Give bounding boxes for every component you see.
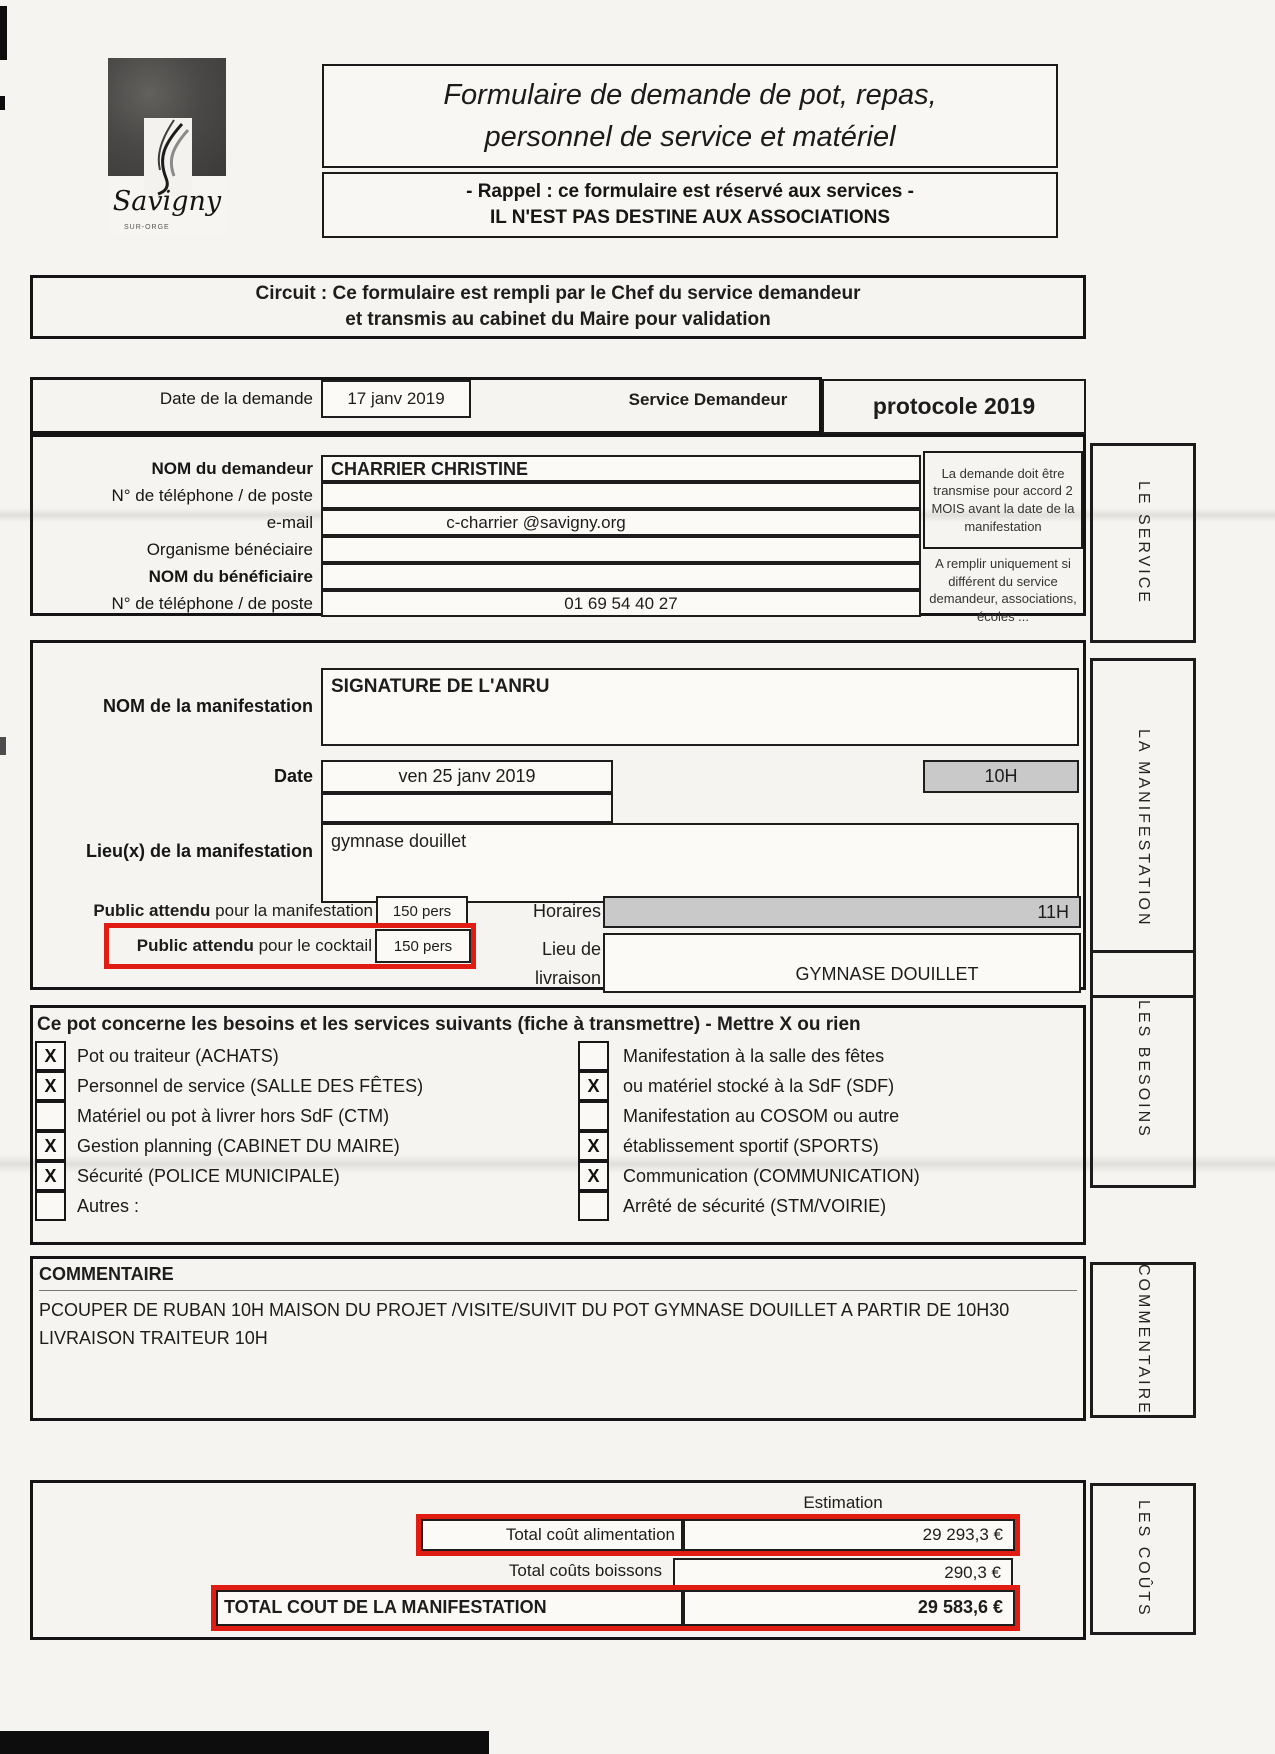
field-label-email: e-mail — [33, 509, 317, 536]
couts-section: Estimation Total coût alimentation 29 29… — [30, 1480, 1086, 1640]
logo-wordmark: Savigny — [112, 186, 222, 217]
label-materiel-sdf: ou matériel stocké à la SdF (SDF) — [623, 1071, 894, 1101]
service-section: NOM du demandeur CHARRIER CHRISTINE N° d… — [30, 434, 1086, 616]
logo-subtitle: SUR-ORGE — [124, 224, 170, 231]
total-alimentation-label: Total coût alimentation — [421, 1519, 683, 1551]
checkbox-materiel-ctm — [35, 1101, 66, 1131]
label-pot-traiteur: Pot ou traiteur (ACHATS) — [77, 1041, 279, 1071]
commentaire-text: PCOUPER DE RUBAN 10H MAISON DU PROJET /V… — [39, 1297, 1051, 1353]
label-cosom: Manifestation au COSOM ou autre — [623, 1101, 899, 1131]
side-label-les-couts: LES COÛTS — [1090, 1483, 1196, 1635]
public-manifestation-label: Public attendu pour la manifestation — [33, 896, 373, 926]
note-delai-accord: La demande doit être transmise pour acco… — [923, 451, 1083, 549]
field-label-telephone-demandeur: N° de téléphone / de poste — [33, 482, 317, 509]
total-manifestation-label: TOTAL COUT DE LA MANIFESTATION — [216, 1590, 683, 1626]
label-materiel-ctm: Matériel ou pot à livrer hors SdF (CTM) — [77, 1101, 389, 1131]
checkbox-personnel-service: X — [35, 1071, 66, 1101]
manifestation-date-empty-cell — [321, 793, 613, 823]
protocole-box: protocole 2019 — [822, 379, 1086, 434]
label-gestion-planning: Gestion planning (CABINET DU MAIRE) — [77, 1131, 400, 1161]
form-title-line2: personnel de service et matériel — [484, 116, 895, 158]
total-manifestation-value: 29 583,6 € — [683, 1590, 1015, 1626]
manifestation-date-label: Date — [33, 760, 317, 793]
horaires-label: Horaires — [473, 896, 601, 926]
commentaire-title: COMMENTAIRE — [39, 1264, 1077, 1291]
scan-artifact-left-mid — [0, 737, 6, 755]
besoins-section: Ce pot concerne les besoins et les servi… — [30, 1005, 1086, 1245]
side-label-le-service: LE SERVICE — [1090, 443, 1196, 643]
savigny-logo: Savigny SUR-ORGE — [108, 58, 226, 236]
total-boissons-value: 290,3 € — [673, 1558, 1013, 1588]
public-manifestation-value: 150 pers — [376, 896, 468, 926]
request-date-value: 17 janv 2019 — [321, 380, 471, 418]
logo-swoosh-icon — [144, 118, 192, 196]
total-manifestation-highlight-box: TOTAL COUT DE LA MANIFESTATION 29 583,6 … — [211, 1585, 1020, 1631]
field-value-nom-demandeur: CHARRIER CHRISTINE — [321, 455, 921, 482]
public-cocktail-highlight-box: Public attendu pour le cocktail 150 pers — [104, 923, 476, 969]
total-boissons-label: Total coûts boissons — [333, 1561, 668, 1581]
field-label-organisme: Organisme bénéciaire — [33, 536, 317, 563]
estimation-header: Estimation — [673, 1493, 1013, 1513]
circuit-line1: Circuit : Ce formulaire est rempli par l… — [255, 281, 860, 307]
rappel-box: - Rappel : ce formulaire est réservé aux… — [322, 172, 1058, 238]
checkbox-pot-traiteur: X — [35, 1041, 66, 1071]
note-beneficiaire: A remplir uniquement si différent du ser… — [921, 555, 1085, 617]
request-date-row: Date de la demande 17 janv 2019 Service … — [30, 377, 822, 434]
lieu-livraison-value: GYMNASE DOUILLET — [603, 933, 1081, 993]
field-value-email: c-charrier @savigny.org — [321, 509, 921, 536]
field-value-nom-beneficiaire — [321, 563, 921, 590]
checkbox-salle-des-fetes — [578, 1041, 609, 1071]
form-title-box: Formulaire de demande de pot, repas, per… — [322, 64, 1058, 168]
label-salle-des-fetes: Manifestation à la salle des fêtes — [623, 1041, 884, 1071]
circuit-box: Circuit : Ce formulaire est rempli par l… — [30, 275, 1086, 339]
total-alimentation-value: 29 293,3 € — [683, 1519, 1015, 1551]
scan-artifact-bottom-bar — [0, 1731, 489, 1754]
label-arrete-securite: Arrêté de sécurité (STM/VOIRIE) — [623, 1191, 886, 1221]
label-autres: Autres : — [77, 1191, 139, 1221]
label-etablissement-sportif: établissement sportif (SPORTS) — [623, 1131, 879, 1161]
besoins-header: Ce pot concerne les besoins et les servi… — [37, 1014, 1077, 1036]
field-label-nom-demandeur: NOM du demandeur — [33, 455, 317, 482]
circuit-line2: et transmis au cabinet du Maire pour val… — [345, 307, 770, 333]
field-label-nom-beneficiaire: NOM du bénéficiaire — [33, 563, 317, 590]
label-securite: Sécurité (POLICE MUNICIPALE) — [77, 1161, 340, 1191]
checkbox-materiel-sdf: X — [578, 1071, 609, 1101]
scanned-form-page: Savigny SUR-ORGE Formulaire de demande d… — [0, 0, 1275, 1754]
manifestation-nom-label: NOM de la manifestation — [33, 693, 317, 720]
field-label-telephone-beneficiaire: N° de téléphone / de poste — [33, 590, 317, 617]
checkbox-communication: X — [578, 1161, 609, 1191]
manifestation-start-time-cell: 10H — [923, 760, 1079, 793]
scan-artifact-left — [0, 96, 5, 110]
form-title-line1: Formulaire de demande de pot, repas, — [443, 74, 936, 116]
checkbox-arrete-securite — [578, 1191, 609, 1221]
manifestation-lieu-label: Lieu(x) de la manifestation — [33, 838, 317, 865]
service-demandeur-label: Service Demandeur — [593, 390, 823, 410]
lieu-livraison-label: Lieu de livraison — [473, 935, 601, 993]
horaires-end-time-cell: 11H — [603, 896, 1081, 928]
commentaire-section: COMMENTAIRE PCOUPER DE RUBAN 10H MAISON … — [30, 1256, 1086, 1421]
checkbox-cosom — [578, 1101, 609, 1131]
field-value-organisme — [321, 536, 921, 563]
field-value-telephone-beneficiaire: 01 69 54 40 27 — [321, 590, 921, 617]
manifestation-nom-value: SIGNATURE DE L'ANRU — [321, 668, 1079, 746]
rappel-line1: - Rappel : ce formulaire est réservé aux… — [466, 179, 914, 205]
checkbox-etablissement-sportif: X — [578, 1131, 609, 1161]
request-date-label: Date de la demande — [33, 380, 317, 418]
scan-artifact-left-top — [0, 6, 7, 60]
total-alimentation-highlight-box: Total coût alimentation 29 293,3 € — [416, 1514, 1020, 1556]
manifestation-section: NOM de la manifestation SIGNATURE DE L'A… — [30, 640, 1086, 990]
manifestation-date-value: ven 25 janv 2019 — [321, 760, 613, 793]
field-value-telephone-demandeur — [321, 482, 921, 509]
side-label-la-manifestation: LA MANIFESTATION — [1090, 658, 1196, 998]
side-label-les-besoins: LES BESOINS — [1090, 950, 1196, 1188]
label-personnel-service: Personnel de service (SALLE DES FÊTES) — [77, 1071, 423, 1101]
checkbox-securite: X — [35, 1161, 66, 1191]
public-cocktail-label: Public attendu pour le cocktail — [109, 936, 375, 956]
checkbox-gestion-planning: X — [35, 1131, 66, 1161]
side-label-commentaire: COMMENTAIRE — [1090, 1262, 1196, 1418]
rappel-line2: IL N'EST PAS DESTINE AUX ASSOCIATIONS — [490, 205, 890, 231]
manifestation-lieu-value: gymnase douillet — [321, 823, 1079, 903]
label-communication: Communication (COMMUNICATION) — [623, 1161, 920, 1191]
logo-emblem — [144, 118, 192, 196]
public-cocktail-value: 150 pers — [375, 929, 471, 963]
checkbox-autres — [35, 1191, 66, 1221]
